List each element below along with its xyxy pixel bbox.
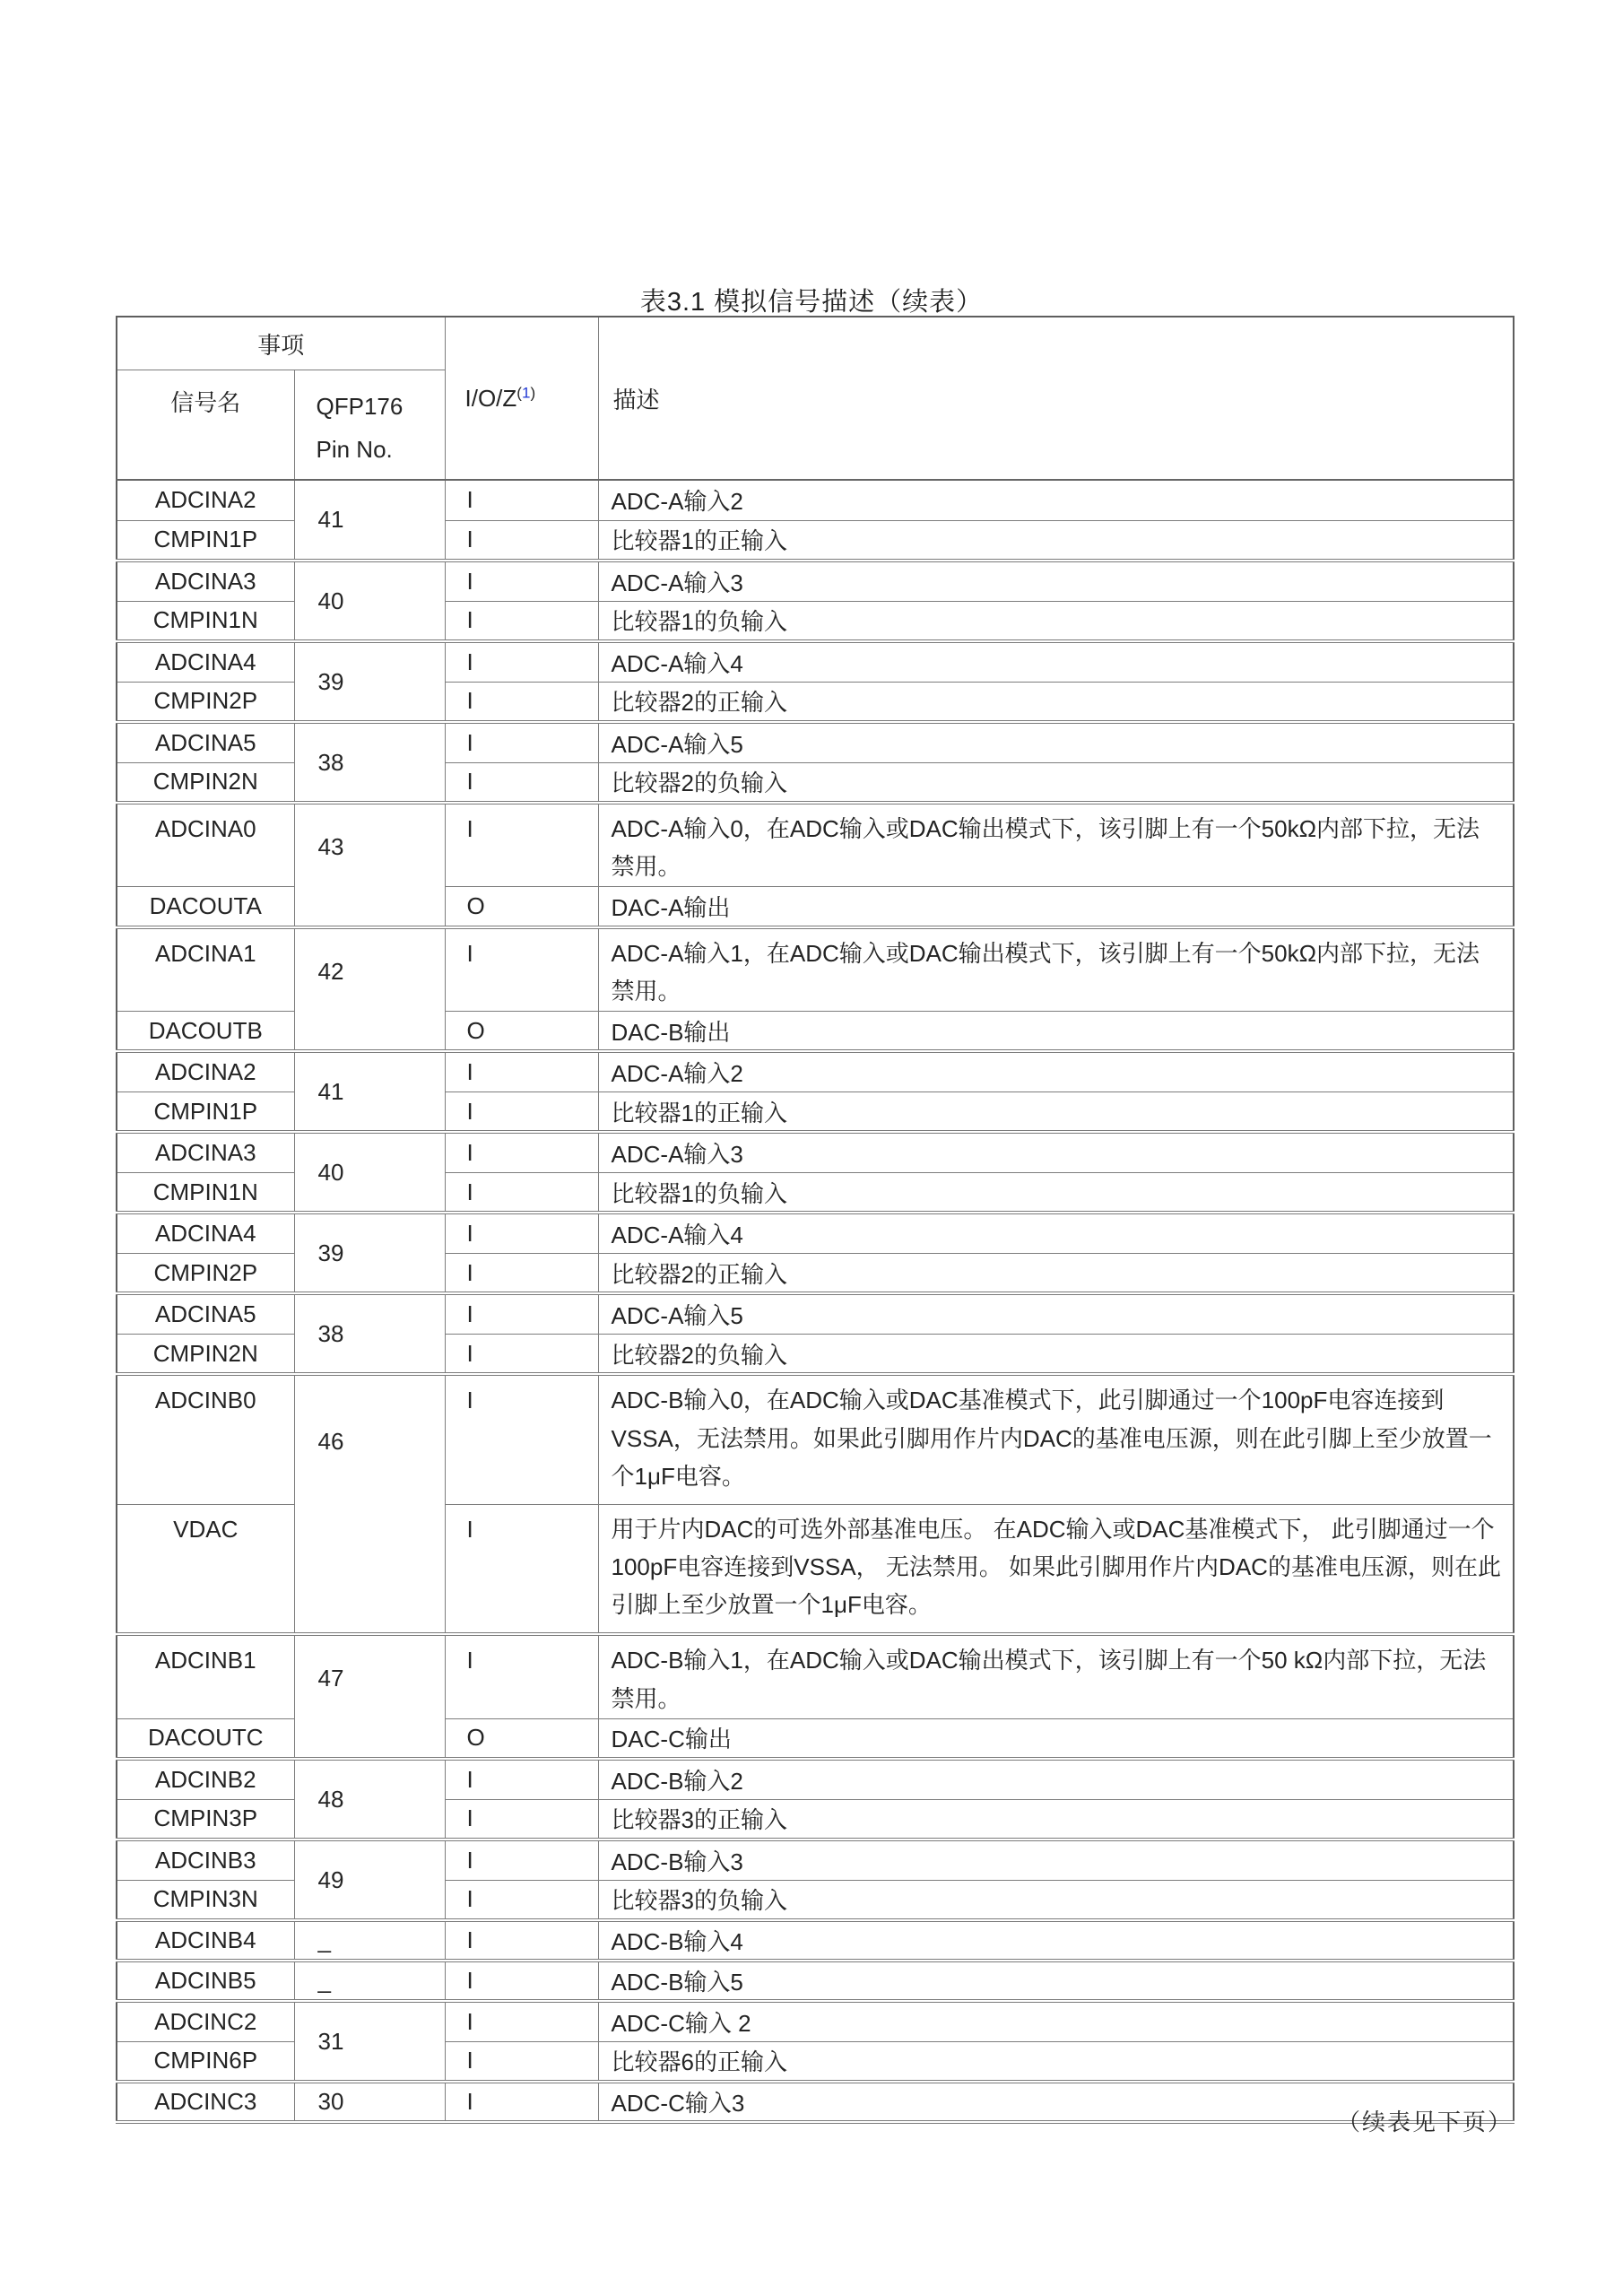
io-type-cell: O — [445, 887, 598, 927]
table-body: ADCINA241IADC-A输入2CMPIN1PI比较器1的正输入ADCINA… — [117, 480, 1514, 2122]
description-cell: ADC-B输入0，在ADC输入或DAC基准模式下，此引脚通过一个100pF电容连… — [598, 1374, 1514, 1504]
io-type-cell: I — [445, 1213, 598, 1253]
table-row: ADCINC231IADC-C输入 2 — [117, 2001, 1514, 2041]
description-cell: 比较器2的正输入 — [598, 682, 1514, 722]
io-type-cell: I — [445, 1253, 598, 1293]
io-type-cell: I — [445, 1920, 598, 1961]
signal-name-cell: DACOUTA — [117, 887, 294, 927]
io-type-cell: I — [445, 1334, 598, 1374]
description-cell: 比较器2的负输入 — [598, 762, 1514, 803]
table-header: 事项 I/O/Z(1) 描述 信号名 QFP176 Pin No. — [117, 317, 1514, 480]
signal-name-cell: DACOUTC — [117, 1718, 294, 1759]
description-cell: ADC-A输入2 — [598, 1051, 1514, 1091]
description-cell: ADC-A输入2 — [598, 480, 1514, 520]
signal-name-cell: ADCINB1 — [117, 1634, 294, 1718]
description-cell: 比较器1的正输入 — [598, 520, 1514, 561]
signal-name-cell: ADCINC2 — [117, 2001, 294, 2041]
signal-name-cell: ADCINB4 — [117, 1920, 294, 1961]
description-cell: ADC-B输入2 — [598, 1759, 1514, 1799]
io-type-cell: I — [445, 1132, 598, 1172]
signal-name-cell: ADCINA2 — [117, 1051, 294, 1091]
io-type-cell: I — [445, 1172, 598, 1213]
io-type-cell: I — [445, 1880, 598, 1920]
description-cell: ADC-A输入4 — [598, 641, 1514, 682]
footer-note: （续表见下页） — [116, 2104, 1513, 2137]
description-cell: ADC-B输入4 — [598, 1920, 1514, 1961]
io-type-cell: I — [445, 1504, 598, 1634]
pin-number-cell: _ — [294, 1961, 445, 2001]
io-type-cell: I — [445, 2001, 598, 2041]
pin-number-cell: 47 — [294, 1634, 445, 1759]
signal-name-cell: ADCINA0 — [117, 803, 294, 887]
analog-signal-table: 事项 I/O/Z(1) 描述 信号名 QFP176 Pin No. ADCINA… — [116, 316, 1515, 2124]
description-cell: DAC-C输出 — [598, 1718, 1514, 1759]
description-cell: 比较器1的负输入 — [598, 1172, 1514, 1213]
header-ioz: I/O/Z(1) — [445, 317, 598, 480]
signal-name-cell: CMPIN2N — [117, 762, 294, 803]
description-cell: DAC-A输出 — [598, 887, 1514, 927]
io-type-cell: I — [445, 1374, 598, 1504]
signal-name-cell: ADCINA1 — [117, 927, 294, 1012]
signal-name-cell: CMPIN1N — [117, 1172, 294, 1213]
table-row: ADCINB4_IADC-B输入4 — [117, 1920, 1514, 1961]
pin-number-cell: 40 — [294, 1132, 445, 1213]
signal-name-cell: VDAC — [117, 1504, 294, 1634]
table-row: ADCINA241IADC-A输入2 — [117, 480, 1514, 520]
pin-number-cell: 39 — [294, 641, 445, 722]
io-type-cell: I — [445, 1839, 598, 1880]
description-cell: 比较器1的负输入 — [598, 601, 1514, 641]
signal-name-cell: CMPIN2N — [117, 1334, 294, 1374]
header-row-group: 事项 I/O/Z(1) 描述 — [117, 317, 1514, 370]
io-type-cell: I — [445, 2041, 598, 2082]
signal-name-cell: DACOUTB — [117, 1011, 294, 1051]
io-type-cell: O — [445, 1011, 598, 1051]
io-type-cell: I — [445, 1051, 598, 1091]
page-title: 表3.1 模拟信号描述（续表） — [0, 282, 1623, 318]
io-type-cell: I — [445, 1293, 598, 1334]
header-pin-number: QFP176 Pin No. — [294, 370, 445, 481]
header-items: 事项 — [117, 317, 445, 370]
signal-name-cell: CMPIN1N — [117, 601, 294, 641]
io-type-cell: I — [445, 1091, 598, 1132]
signal-name-cell: CMPIN1P — [117, 1091, 294, 1132]
description-cell: 比较器1的正输入 — [598, 1091, 1514, 1132]
header-signal-name: 信号名 — [117, 370, 294, 481]
signal-name-cell: CMPIN3N — [117, 1880, 294, 1920]
description-cell: 比较器3的正输入 — [598, 1799, 1514, 1839]
pin-number-cell: 42 — [294, 927, 445, 1052]
description-cell: ADC-B输入3 — [598, 1839, 1514, 1880]
signal-name-cell: ADCINA2 — [117, 480, 294, 520]
signal-name-cell: ADCINA4 — [117, 1213, 294, 1253]
signal-name-cell: ADCINA4 — [117, 641, 294, 682]
description-cell: ADC-A输入0，在ADC输入或DAC输出模式下，该引脚上有一个50kΩ内部下拉… — [598, 803, 1514, 887]
table-row: ADCINA538IADC-A输入5 — [117, 722, 1514, 762]
io-type-cell: I — [445, 1634, 598, 1718]
description-cell: ADC-A输入3 — [598, 1132, 1514, 1172]
pin-number-cell: 31 — [294, 2001, 445, 2082]
header-description: 描述 — [598, 317, 1514, 480]
description-cell: 比较器2的正输入 — [598, 1253, 1514, 1293]
signal-name-cell: ADCINB0 — [117, 1374, 294, 1504]
table-row: ADCINA340IADC-A输入3 — [117, 1132, 1514, 1172]
pin-number-cell: 41 — [294, 1051, 445, 1132]
io-type-cell: I — [445, 1759, 598, 1799]
signal-name-cell: CMPIN1P — [117, 520, 294, 561]
description-cell: 用于片内DAC的可选外部基准电压。 在ADC输入或DAC基准模式下， 此引脚通过… — [598, 1504, 1514, 1634]
table-row: ADCINA241IADC-A输入2 — [117, 1051, 1514, 1091]
pin-number-cell: 41 — [294, 480, 445, 561]
table-row: ADCINA340IADC-A输入3 — [117, 561, 1514, 601]
table-row: ADCINA142IADC-A输入1，在ADC输入或DAC输出模式下，该引脚上有… — [117, 927, 1514, 1012]
description-cell: ADC-A输入5 — [598, 722, 1514, 762]
pin-number-cell: 38 — [294, 1293, 445, 1374]
description-cell: 比较器3的负输入 — [598, 1880, 1514, 1920]
io-type-cell: I — [445, 682, 598, 722]
table-row: ADCINA538IADC-A输入5 — [117, 1293, 1514, 1334]
description-cell: ADC-A输入1，在ADC输入或DAC输出模式下，该引脚上有一个50kΩ内部下拉… — [598, 927, 1514, 1012]
pin-number-cell: 49 — [294, 1839, 445, 1920]
signal-name-cell: ADCINB2 — [117, 1759, 294, 1799]
signal-name-cell: ADCINA3 — [117, 1132, 294, 1172]
description-cell: ADC-B输入5 — [598, 1961, 1514, 2001]
pin-number-cell: 46 — [294, 1374, 445, 1634]
signal-name-cell: ADCINA5 — [117, 722, 294, 762]
pin-number-cell: 48 — [294, 1759, 445, 1839]
table-row: ADCINB248IADC-B输入2 — [117, 1759, 1514, 1799]
io-type-cell: I — [445, 762, 598, 803]
table-row: ADCINA439IADC-A输入4 — [117, 1213, 1514, 1253]
io-type-cell: I — [445, 927, 598, 1012]
description-cell: ADC-A输入3 — [598, 561, 1514, 601]
description-cell: ADC-A输入4 — [598, 1213, 1514, 1253]
pin-number-cell: 40 — [294, 561, 445, 641]
io-type-cell: O — [445, 1718, 598, 1759]
io-type-cell: I — [445, 641, 598, 682]
description-cell: ADC-C输入 2 — [598, 2001, 1514, 2041]
io-type-cell: I — [445, 722, 598, 762]
io-type-cell: I — [445, 601, 598, 641]
pin-number-cell: 38 — [294, 722, 445, 803]
table-row: ADCINB349IADC-B输入3 — [117, 1839, 1514, 1880]
table-row: ADCINA439IADC-A输入4 — [117, 641, 1514, 682]
footnote-ref: (1) — [516, 384, 535, 401]
io-type-cell: I — [445, 480, 598, 520]
io-type-cell: I — [445, 803, 598, 887]
signal-name-cell: CMPIN2P — [117, 1253, 294, 1293]
signal-name-cell: CMPIN6P — [117, 2041, 294, 2082]
signal-name-cell: ADCINA5 — [117, 1293, 294, 1334]
io-type-cell: I — [445, 520, 598, 561]
pin-number-cell: 39 — [294, 1213, 445, 1293]
description-cell: 比较器2的负输入 — [598, 1334, 1514, 1374]
signal-name-cell: ADCINA3 — [117, 561, 294, 601]
description-cell: ADC-A输入5 — [598, 1293, 1514, 1334]
description-cell: ADC-B输入1，在ADC输入或DAC输出模式下，该引脚上有一个50 kΩ内部下… — [598, 1634, 1514, 1718]
header-ioz-label: I/O/Z — [465, 385, 517, 412]
io-type-cell: I — [445, 1961, 598, 2001]
signal-name-cell: CMPIN2P — [117, 682, 294, 722]
description-cell: DAC-B输出 — [598, 1011, 1514, 1051]
description-cell: 比较器6的正输入 — [598, 2041, 1514, 2082]
table-row: ADCINB046IADC-B输入0，在ADC输入或DAC基准模式下，此引脚通过… — [117, 1374, 1514, 1504]
signal-name-cell: ADCINB5 — [117, 1961, 294, 2001]
table-row: ADCINA043IADC-A输入0，在ADC输入或DAC输出模式下，该引脚上有… — [117, 803, 1514, 887]
io-type-cell: I — [445, 1799, 598, 1839]
table-row: ADCINB5_IADC-B输入5 — [117, 1961, 1514, 2001]
table-row: ADCINB147IADC-B输入1，在ADC输入或DAC输出模式下，该引脚上有… — [117, 1634, 1514, 1718]
io-type-cell: I — [445, 561, 598, 601]
pin-number-cell: 43 — [294, 803, 445, 927]
pin-number-cell: _ — [294, 1920, 445, 1961]
signal-name-cell: CMPIN3P — [117, 1799, 294, 1839]
signal-name-cell: ADCINB3 — [117, 1839, 294, 1880]
